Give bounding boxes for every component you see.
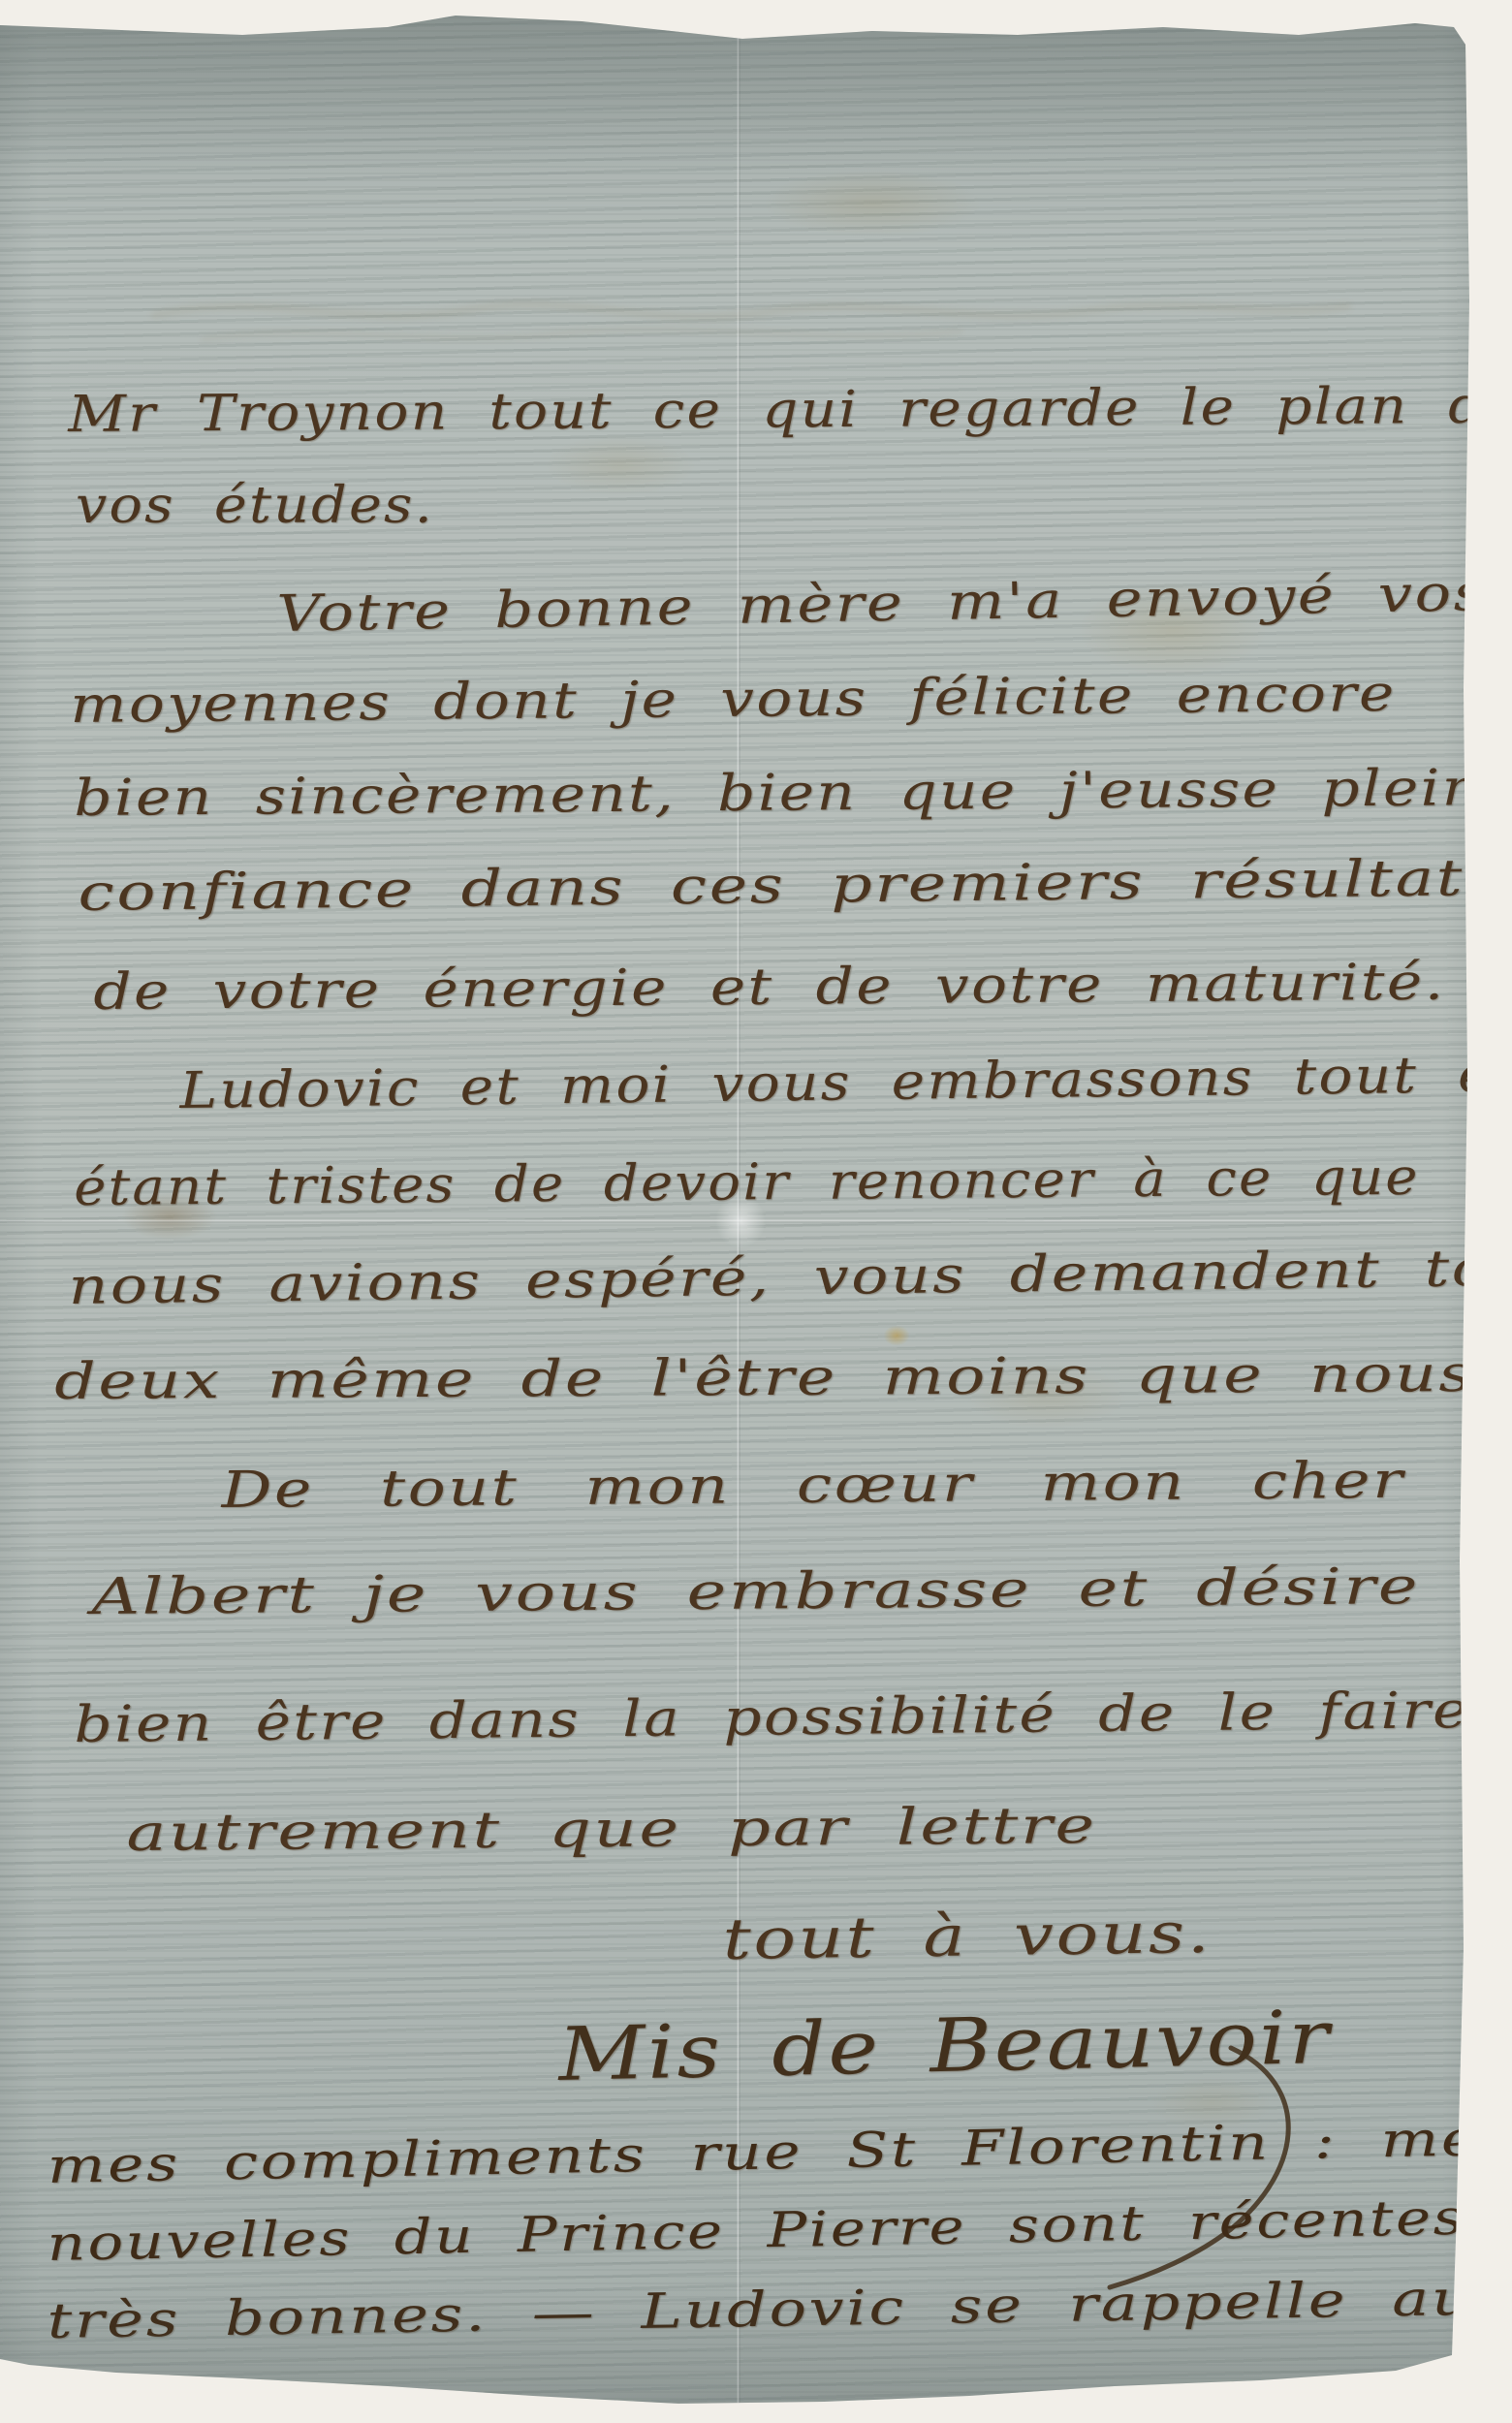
letter-photograph: Mr Troynon tout ce qui regarde le plan d… xyxy=(0,0,1512,2423)
letter-line: bien sincèrement, bien que j'eusse plein… xyxy=(74,763,1512,824)
letter-line: autrement que par lettre xyxy=(126,1801,1097,1859)
letter-line: bien être dans la possibilité de le fair… xyxy=(74,1685,1470,1750)
letter-line: étant tristes de devoir renoncer à ce qu… xyxy=(74,1152,1420,1213)
letter-line: nous avions espéré, vous demandent tous xyxy=(68,1243,1512,1312)
letter-line: vos études. xyxy=(76,481,434,531)
letter-line: moyennes dont je vous félicite encore xyxy=(70,669,1397,731)
ink-bleedthrough-smudge xyxy=(145,262,1357,349)
letter-line: de votre énergie et de votre maturité. xyxy=(93,958,1446,1018)
letter-line: Ludovic et moi vous embrassons tout en xyxy=(179,1050,1512,1117)
closing-salutation: tout à vous. xyxy=(722,1904,1213,1967)
letter-line: deux même de l'être moins que nous. xyxy=(54,1349,1497,1407)
letter-line: Votre bonne mère m'a envoyé vos xyxy=(276,568,1488,640)
letter-line: De tout mon cœur mon cher xyxy=(221,1456,1405,1516)
postscript-line: très bonnes. — Ludovic se rappelle aussi xyxy=(47,2272,1512,2345)
letter-paper: Mr Troynon tout ce qui regarde le plan d… xyxy=(0,10,1491,2406)
letter-line: Mr Troynon tout ce qui regarde le plan d… xyxy=(68,381,1512,440)
letter-line: Albert je vous embrasse et désire xyxy=(91,1561,1420,1622)
letter-line: confiance dans ces premiers résultats xyxy=(78,853,1500,919)
